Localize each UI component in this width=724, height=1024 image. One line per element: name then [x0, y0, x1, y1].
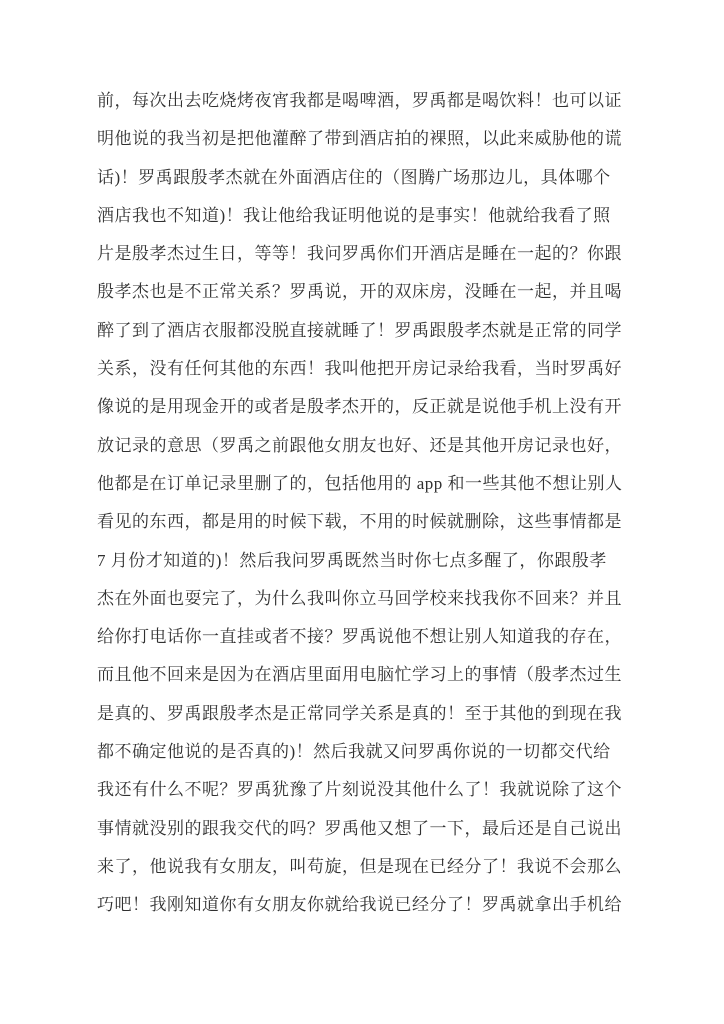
text-line: 是真的、罗禹跟殷孝杰是正常同学关系是真的！至于其他的到现在我	[97, 695, 630, 733]
text-line: 放记录的意思（罗禹之前跟他女朋友也好、还是其他开房记录也好，	[97, 427, 630, 465]
text-line: 给你打电话你一直挂或者不接？罗禹说他不想让别人知道我的存在，	[97, 618, 630, 656]
text-line: 看见的东西，都是用的时候下载，不用的时候就删除，这些事情都是	[97, 503, 630, 541]
text-line: 都不确定他说的是否真的)！然后我就又问罗禹你说的一切都交代给	[97, 733, 630, 771]
text-line: 而且他不回来是因为在酒店里面用电脑忙学习上的事情（殷孝杰过生	[97, 656, 630, 694]
text-line: 酒店我也不知道)！我让他给我证明他说的是事实！他就给我看了照	[97, 197, 630, 235]
text-line: 明他说的我当初是把他灌醉了带到酒店拍的裸照，以此来威胁他的谎	[97, 120, 630, 158]
paragraph: 前，每次出去吃烧烤夜宵我都是喝啤酒，罗禹都是喝饮料！也可以证 明他说的我当初是把…	[97, 82, 630, 925]
text-line: 来了，他说我有女朋友，叫苟旋，但是现在已经分了！我说不会那么	[97, 848, 630, 886]
text-line: 事情就没别的跟我交代的吗？罗禹他又想了一下，最后还是自己说出	[97, 810, 630, 848]
text-line: 他都是在订单记录里删了的，包括他用的 app 和一些其他不想让别人	[97, 465, 630, 503]
text-line: 前，每次出去吃烧烤夜宵我都是喝啤酒，罗禹都是喝饮料！也可以证	[97, 82, 630, 120]
text-line: 7 月份才知道的)！然后我问罗禹既然当时你七点多醒了，你跟殷孝	[97, 542, 630, 580]
text-line: 关系，没有任何其他的东西！我叫他把开房记录给我看，当时罗禹好	[97, 350, 630, 388]
text-line: 醉了到了酒店衣服都没脱直接就睡了！罗禹跟殷孝杰就是正常的同学	[97, 312, 630, 350]
text-line: 巧吧！我刚知道你有女朋友你就给我说已经分了！罗禹就拿出手机给	[97, 886, 630, 924]
text-line: 杰在外面也耍完了，为什么我叫你立马回学校来找我你不回来？并且	[97, 580, 630, 618]
text-line: 我还有什么不呢？罗禹犹豫了片刻说没其他什么了！我就说除了这个	[97, 771, 630, 809]
text-line: 像说的是用现金开的或者是殷孝杰开的，反正就是说他手机上没有开	[97, 388, 630, 426]
document-page: 前，每次出去吃烧烤夜宵我都是喝啤酒，罗禹都是喝饮料！也可以证 明他说的我当初是把…	[0, 0, 724, 1024]
text-line: 片是殷孝杰过生日，等等！我问罗禹你们开酒店是睡在一起的？你跟	[97, 235, 630, 273]
text-line: 殷孝杰也是不正常关系？罗禹说，开的双床房，没睡在一起，并且喝	[97, 273, 630, 311]
text-line: 话)！罗禹跟殷孝杰就在外面酒店住的（图腾广场那边儿，具体哪个	[97, 159, 630, 197]
